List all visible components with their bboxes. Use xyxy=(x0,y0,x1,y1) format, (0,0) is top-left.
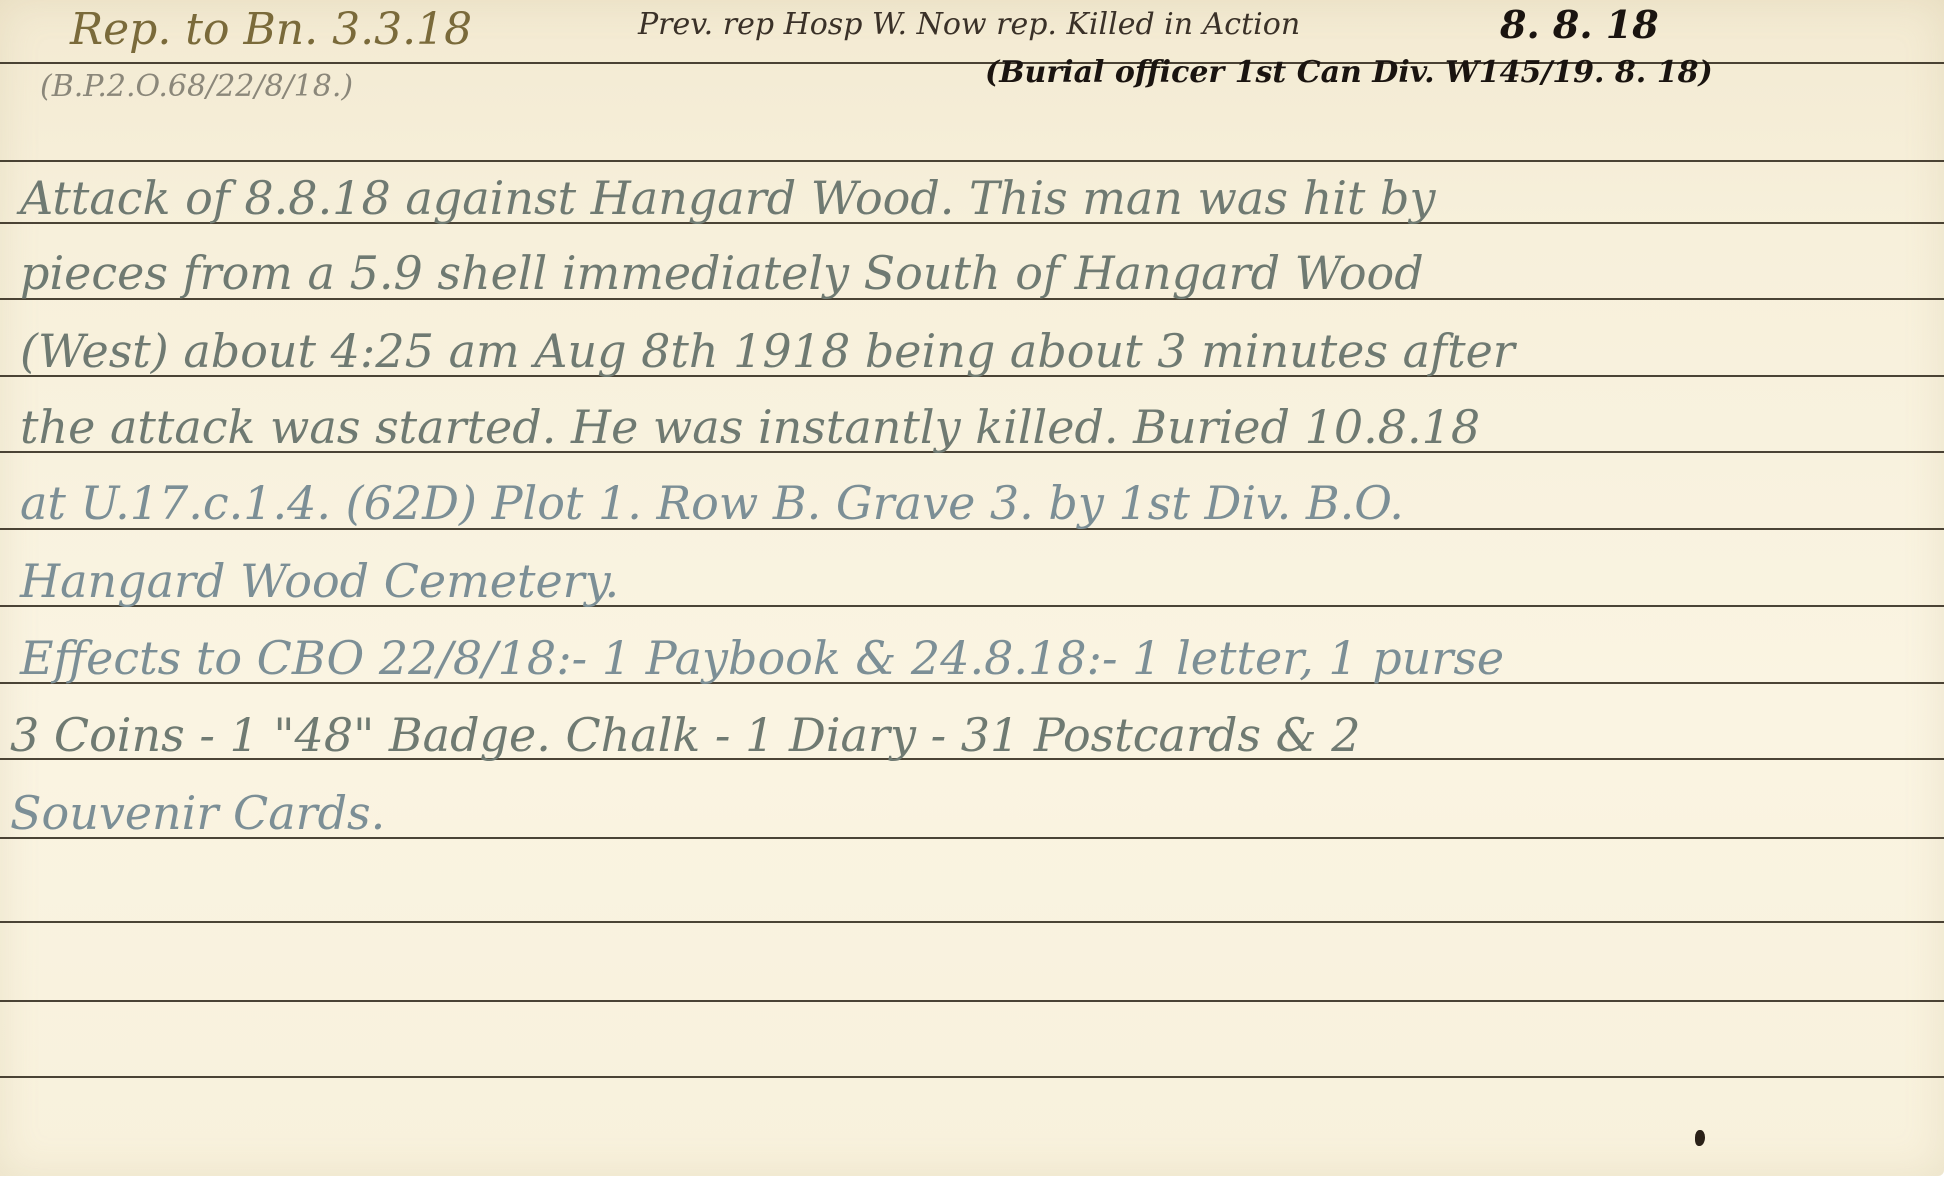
ruled-line xyxy=(0,160,1944,162)
body-line: pieces from a 5.9 shell immediately Sout… xyxy=(20,250,1424,296)
ruled-line xyxy=(0,1000,1944,1002)
body-line: Effects to CBO 22/8/18:- 1 Paybook & 24.… xyxy=(20,635,1504,681)
body-line: Souvenir Cards. xyxy=(10,790,385,836)
record-card: Rep. to Bn. 3.3.18 (B.P.2.O.68/22/8/18.)… xyxy=(0,0,1944,1176)
body-line: 3 Coins - 1 "48" Badge. Chalk - 1 Diary … xyxy=(10,712,1360,758)
body-line: Attack of 8.8.18 against Hangard Wood. T… xyxy=(20,175,1435,221)
burial-officer-note: (Burial officer 1st Can Div. W145/19. 8.… xyxy=(985,58,1713,88)
ruled-line xyxy=(0,921,1944,923)
status-date: 8. 8. 18 xyxy=(1500,6,1659,44)
status-note: Prev. rep Hosp W. Now rep. Killed in Act… xyxy=(638,10,1300,40)
body-line: at U.17.c.1.4. (62D) Plot 1. Row B. Grav… xyxy=(20,480,1404,526)
reference-note: Rep. to Bn. 3.3.18 xyxy=(70,8,472,52)
ruled-line xyxy=(0,1076,1944,1078)
reference-subnote: (B.P.2.O.68/22/8/18.) xyxy=(40,72,353,102)
body-line: (West) about 4:25 am Aug 8th 1918 being … xyxy=(20,328,1515,374)
ink-mark xyxy=(1695,1130,1705,1146)
body-line: Hangard Wood Cemetery. xyxy=(20,558,619,604)
body-line: the attack was started. He was instantly… xyxy=(20,404,1480,450)
